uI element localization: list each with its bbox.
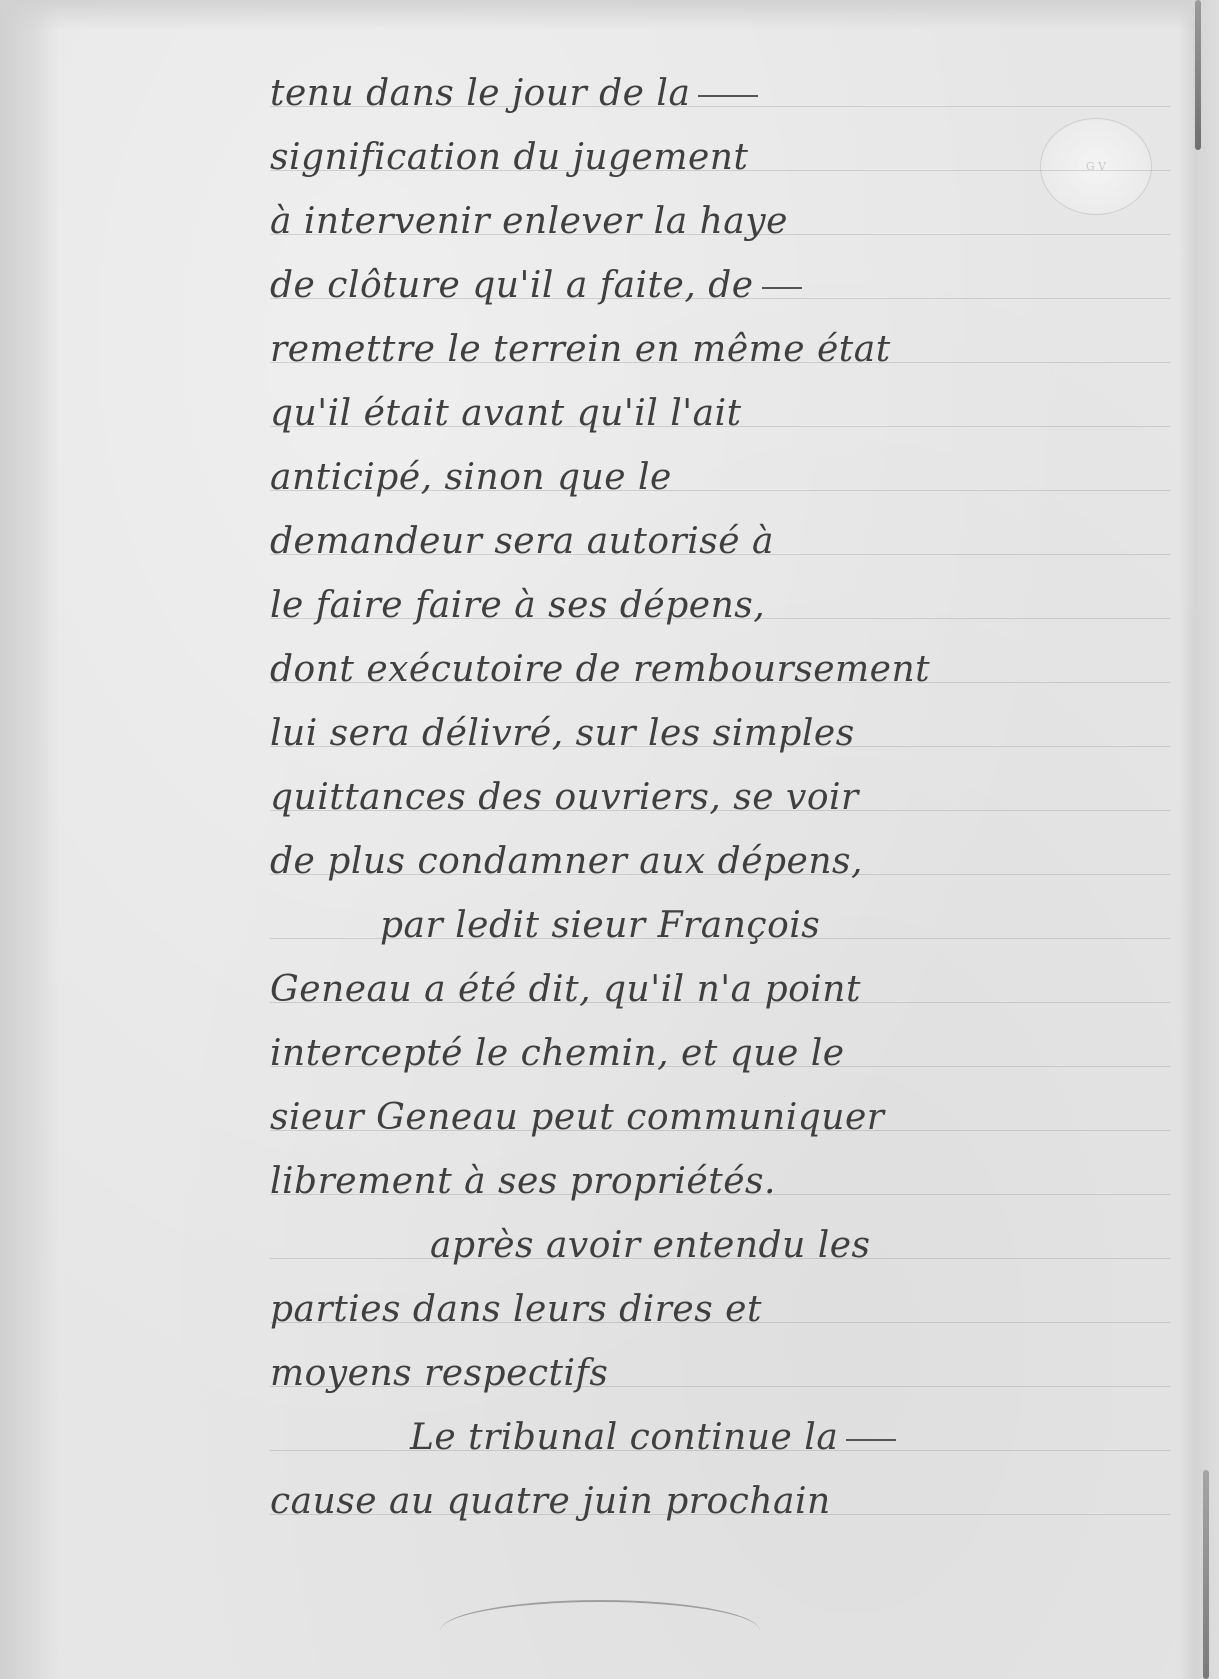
line-dash bbox=[762, 287, 802, 289]
text-line: lui sera délivré, sur les simples bbox=[270, 702, 1170, 766]
text-line: Geneau a été dit, qu'il n'a point bbox=[270, 958, 1170, 1022]
line-dash bbox=[846, 1439, 896, 1441]
text-line: parties dans leurs dires et bbox=[270, 1278, 1170, 1342]
text-line: à intervenir enlever la haye bbox=[270, 190, 1170, 254]
text-line: signification du jugement bbox=[270, 126, 1170, 190]
text-line: par ledit sieur François bbox=[270, 894, 1170, 958]
text-line: dont exécutoire de remboursement bbox=[270, 638, 1170, 702]
text-line: remettre le terrein en même état bbox=[270, 318, 1170, 382]
handwritten-text-block: tenu dans le jour de la signification du… bbox=[270, 62, 1170, 1534]
line-dash bbox=[698, 95, 758, 97]
text-line: cause au quatre juin prochain bbox=[270, 1470, 1170, 1534]
right-page-edge bbox=[1179, 0, 1219, 1679]
text-line: tenu dans le jour de la bbox=[270, 62, 1170, 126]
manuscript-page: G V tenu dans le jour de la significatio… bbox=[0, 0, 1219, 1679]
top-right-binding-tear bbox=[1195, 0, 1201, 150]
text-line: de clôture qu'il a faite, de bbox=[270, 254, 1170, 318]
text-line: moyens respectifs bbox=[270, 1342, 1170, 1406]
left-fold-shadow bbox=[0, 0, 60, 1679]
text-line: sieur Geneau peut communiquer bbox=[270, 1086, 1170, 1150]
closing-flourish bbox=[440, 1600, 760, 1662]
text-line: le faire faire à ses dépens, bbox=[270, 574, 1170, 638]
text-line: quittances des ouvriers, se voir bbox=[270, 766, 1170, 830]
text-line: librement à ses propriétés. bbox=[270, 1150, 1170, 1214]
text-line: Le tribunal continue la bbox=[270, 1406, 1170, 1470]
bottom-right-binding-tear bbox=[1203, 1470, 1209, 1679]
text-line: anticipé, sinon que le bbox=[270, 446, 1170, 510]
text-line: après avoir entendu les bbox=[270, 1214, 1170, 1278]
top-fold-shadow bbox=[0, 0, 1219, 30]
text-line: demandeur sera autorisé à bbox=[270, 510, 1170, 574]
text-line: qu'il était avant qu'il l'ait bbox=[270, 382, 1170, 446]
text-line: de plus condamner aux dépens, bbox=[270, 830, 1170, 894]
text-line: intercepté le chemin, et que le bbox=[270, 1022, 1170, 1086]
